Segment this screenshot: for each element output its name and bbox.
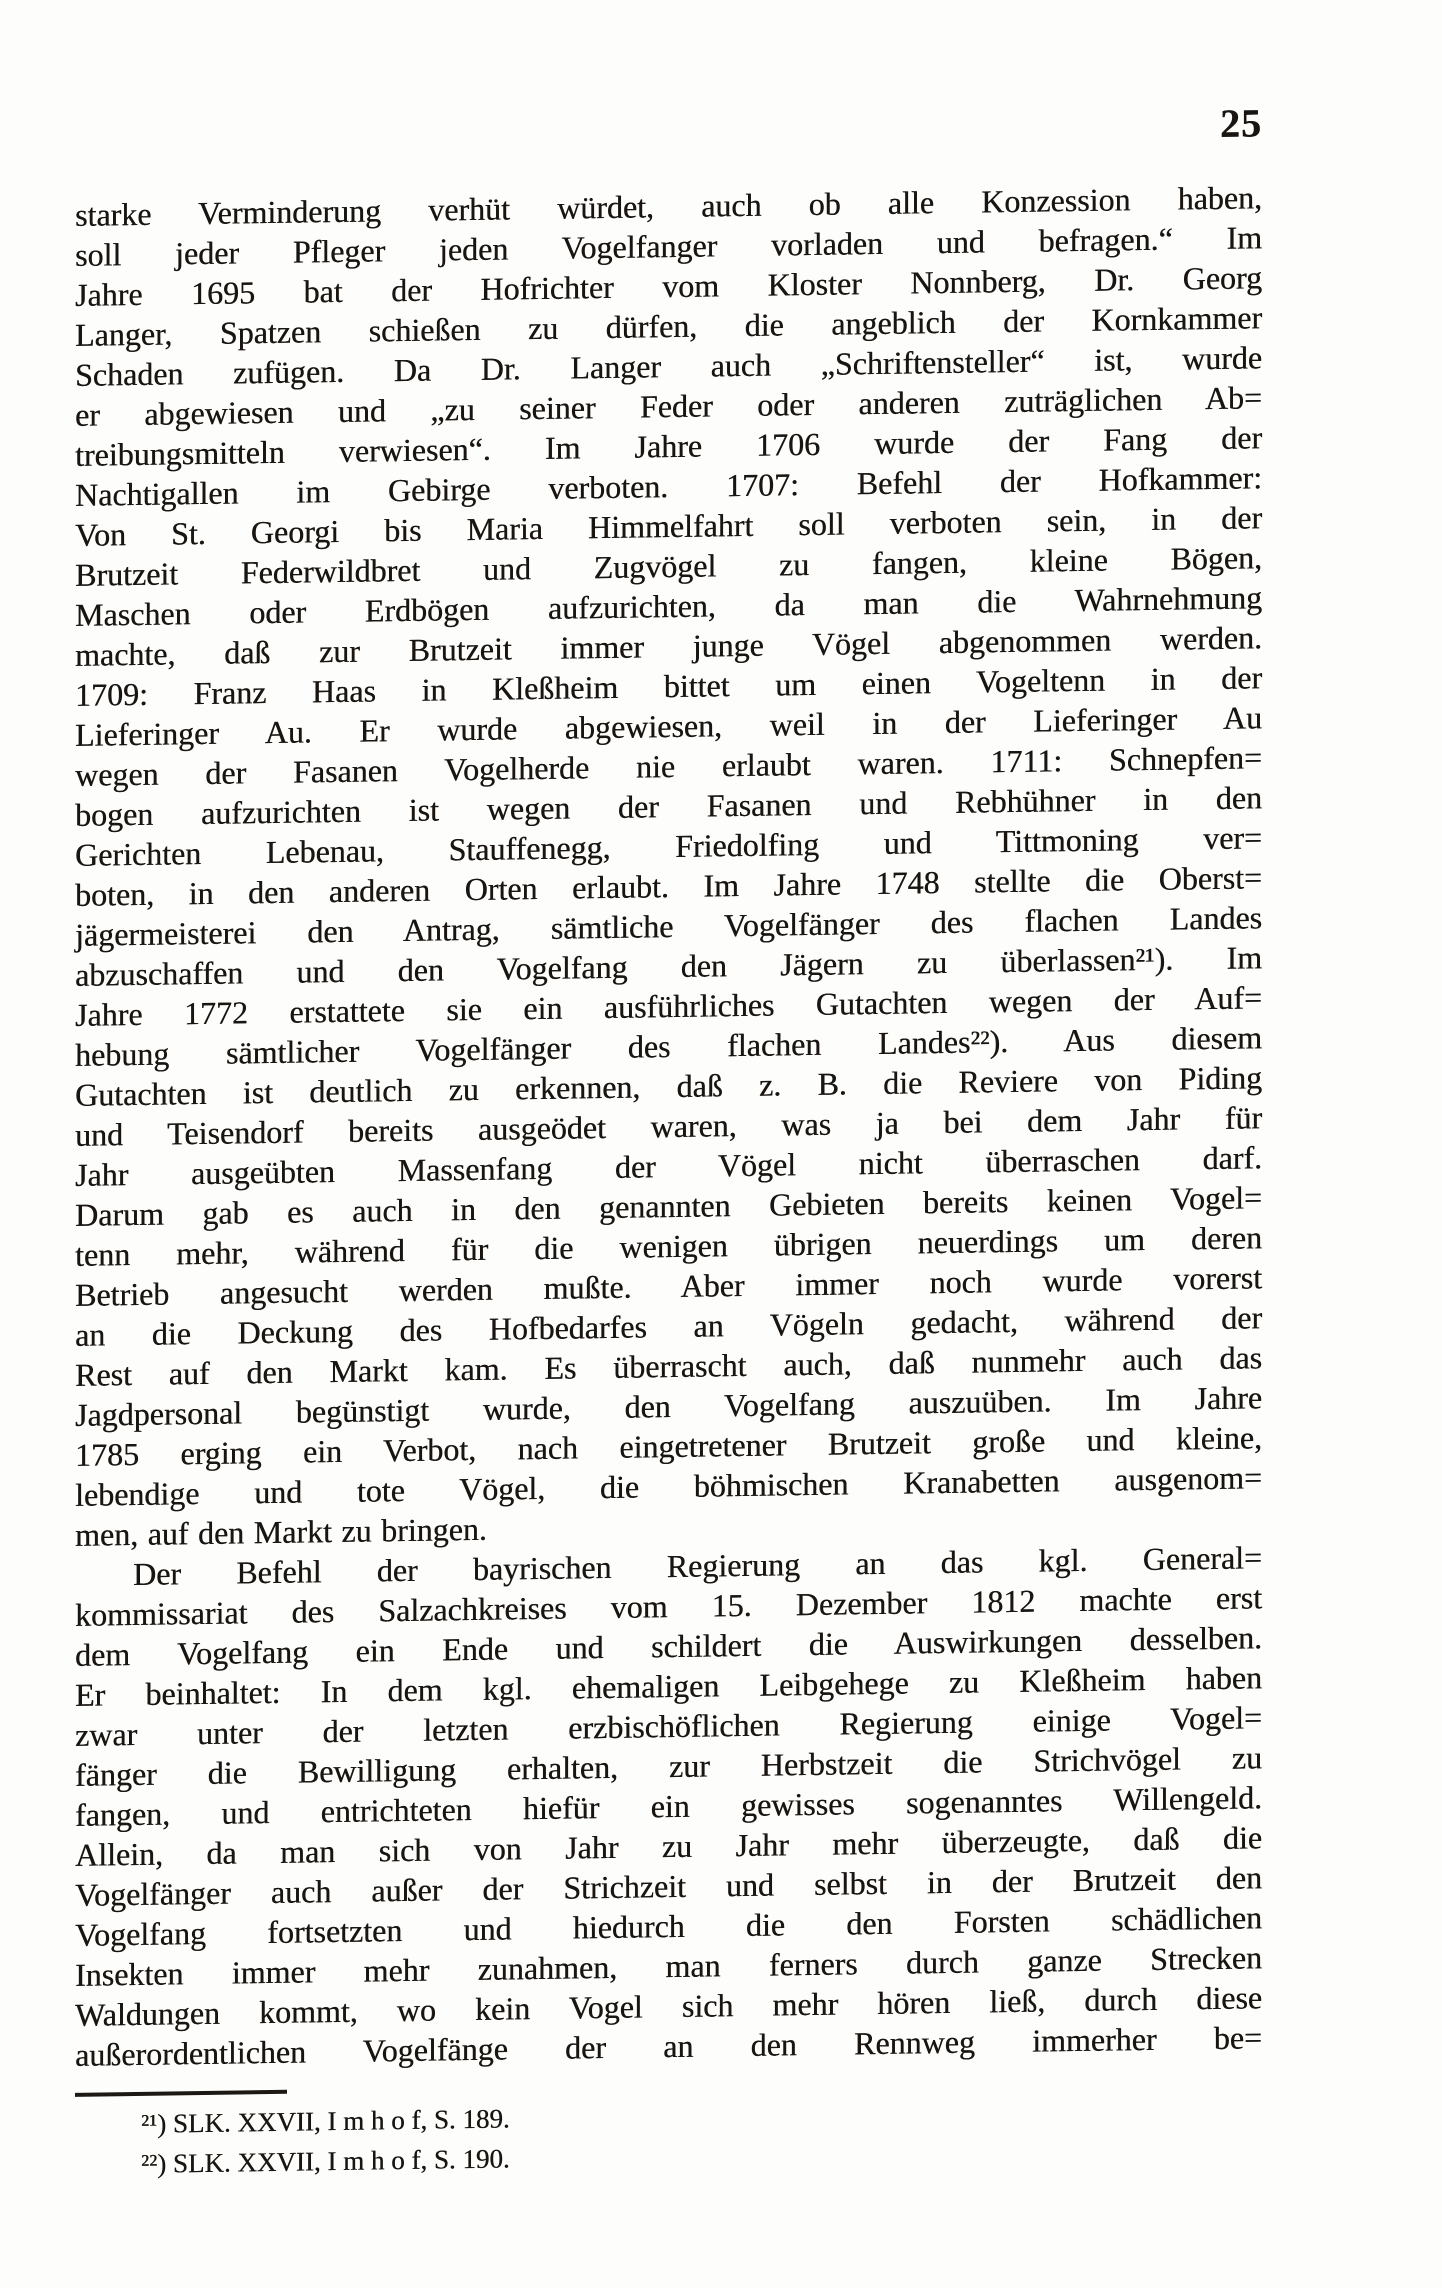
footnotes: ²¹) SLK. XXVII, I m h o f, S. 189.²²) SL… [75, 2087, 1262, 2185]
page-number: 25 [75, 99, 1262, 164]
footnote-rule [75, 2090, 287, 2097]
footnote-block: ²¹) SLK. XXVII, I m h o f, S. 189.²²) SL… [75, 2075, 1262, 2185]
page-content: 25 starke Verminderung verhüt würdet, au… [0, 0, 1442, 2288]
book-page-scan: 25 starke Verminderung verhüt würdet, au… [0, 0, 1442, 2288]
paragraph: Der Befehl der bayrischen Regierung an d… [75, 1537, 1262, 2075]
paragraph: starke Verminderung verhüt würdet, auch … [75, 177, 1262, 1555]
body-text: starke Verminderung verhüt würdet, auch … [75, 177, 1262, 2075]
